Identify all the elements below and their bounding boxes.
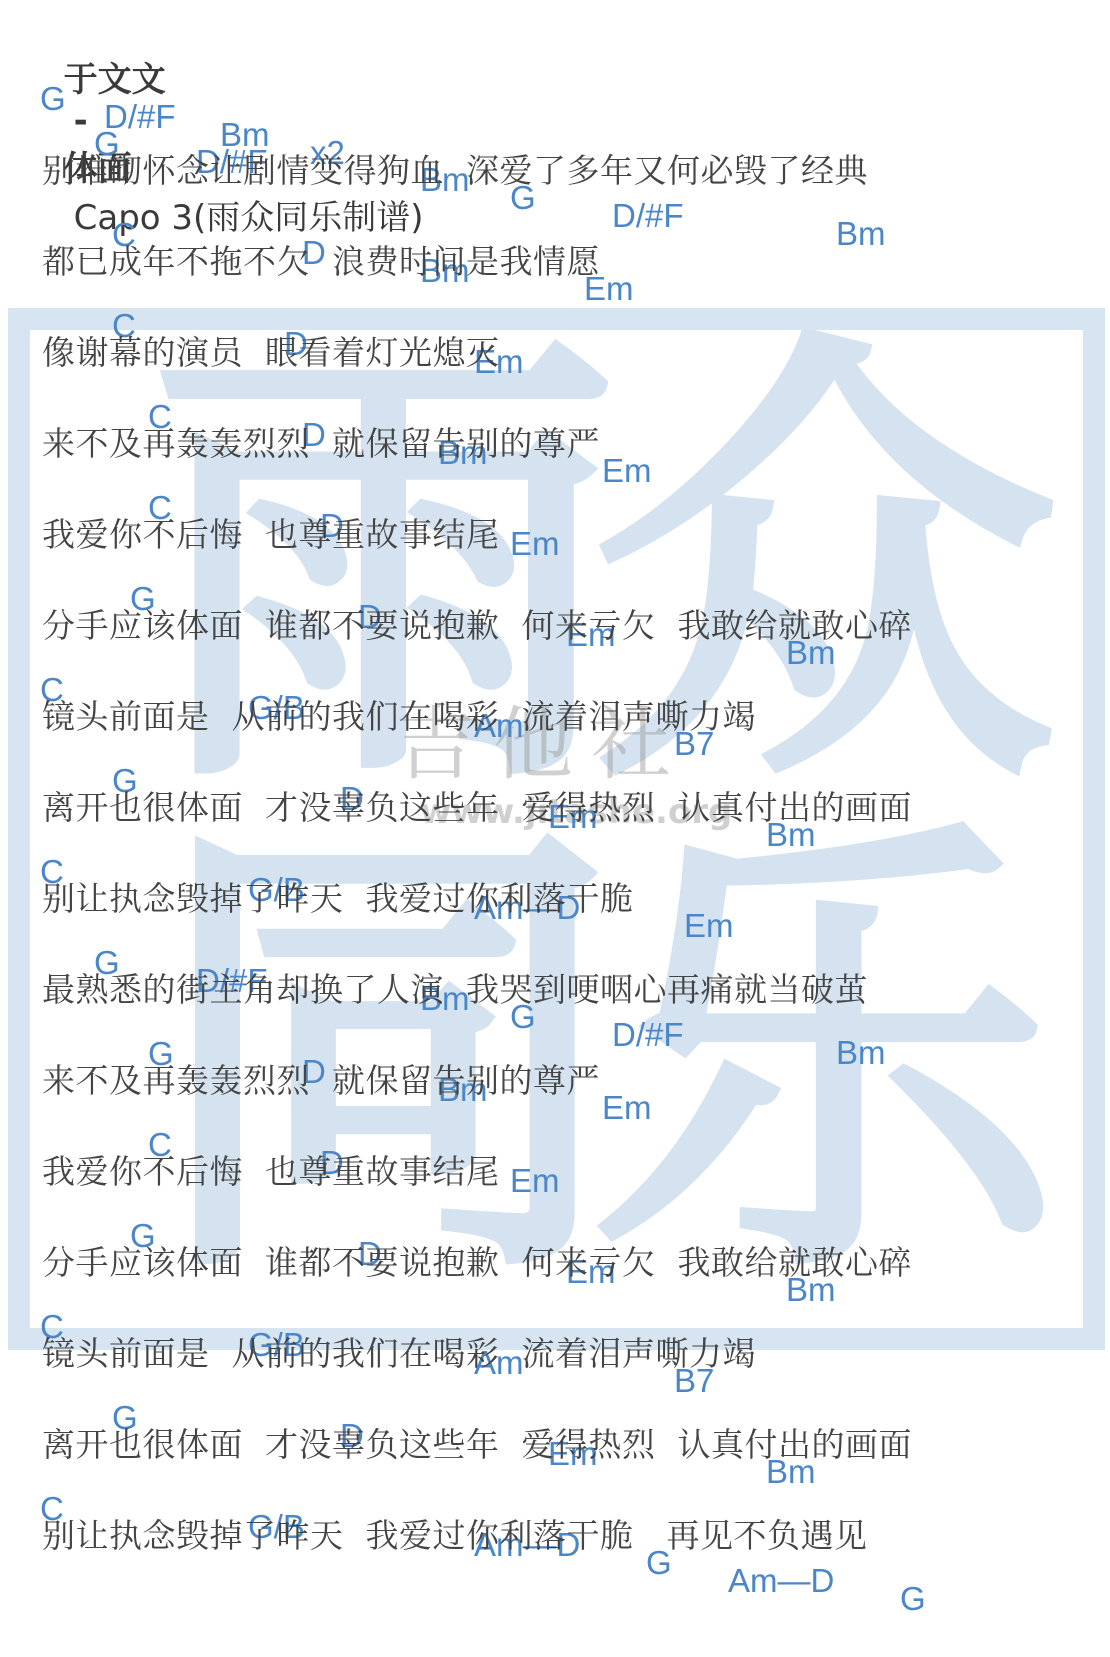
chord: Em	[510, 1164, 560, 1197]
lyric: 来不及再轰轰烈烈 就保留告别的尊严	[42, 427, 600, 460]
lyric: 镜头前面是 从前的我们在喝彩 流着泪声嘶力竭	[42, 700, 756, 733]
lyric: 离开也很体面 才没辜负这些年 爱得热烈 认真付出的画面	[42, 791, 912, 824]
lyric: 镜头前面是 从前的我们在喝彩 流着泪声嘶力竭	[42, 1337, 756, 1370]
chord: Am—D	[728, 1564, 834, 1597]
lyric: 都已成年不拖不欠 浪费时间是我情愿	[42, 245, 600, 278]
lyric: 分手应该体面 谁都不要说抱歉 何来亏欠 我敢给就敢心碎	[42, 1246, 912, 1279]
lyric: 别让执念毁掉了昨天 我爱过你利落干脆 再见不负遇见	[42, 1519, 867, 1552]
lyric: 离开也很体面 才没辜负这些年 爱得热烈 认真付出的画面	[42, 1428, 912, 1461]
lyric: 别堆砌怀念让剧情变得狗血 深爱了多年又何必毁了经典	[42, 154, 868, 187]
chord: Em	[510, 527, 560, 560]
lyric: 分手应该体面 谁都不要说抱歉 何来亏欠 我敢给就敢心碎	[42, 609, 912, 642]
chord: G	[900, 1582, 926, 1615]
lyric: 别让执念毁掉了昨天 我爱过你利落干脆	[42, 882, 633, 915]
lyric: 我爱你不后悔 也尊重故事结尾	[42, 518, 499, 551]
lyric: 来不及再轰轰烈烈 就保留告别的尊严	[42, 1064, 600, 1097]
lyric: 最熟悉的街主角却换了人演 我哭到哽咽心再痛就当破茧	[42, 973, 868, 1006]
lyric: 像谢幕的演员 眼看着灯光熄灭	[42, 336, 499, 369]
lyric: 我爱你不后悔 也尊重故事结尾	[42, 1155, 499, 1188]
